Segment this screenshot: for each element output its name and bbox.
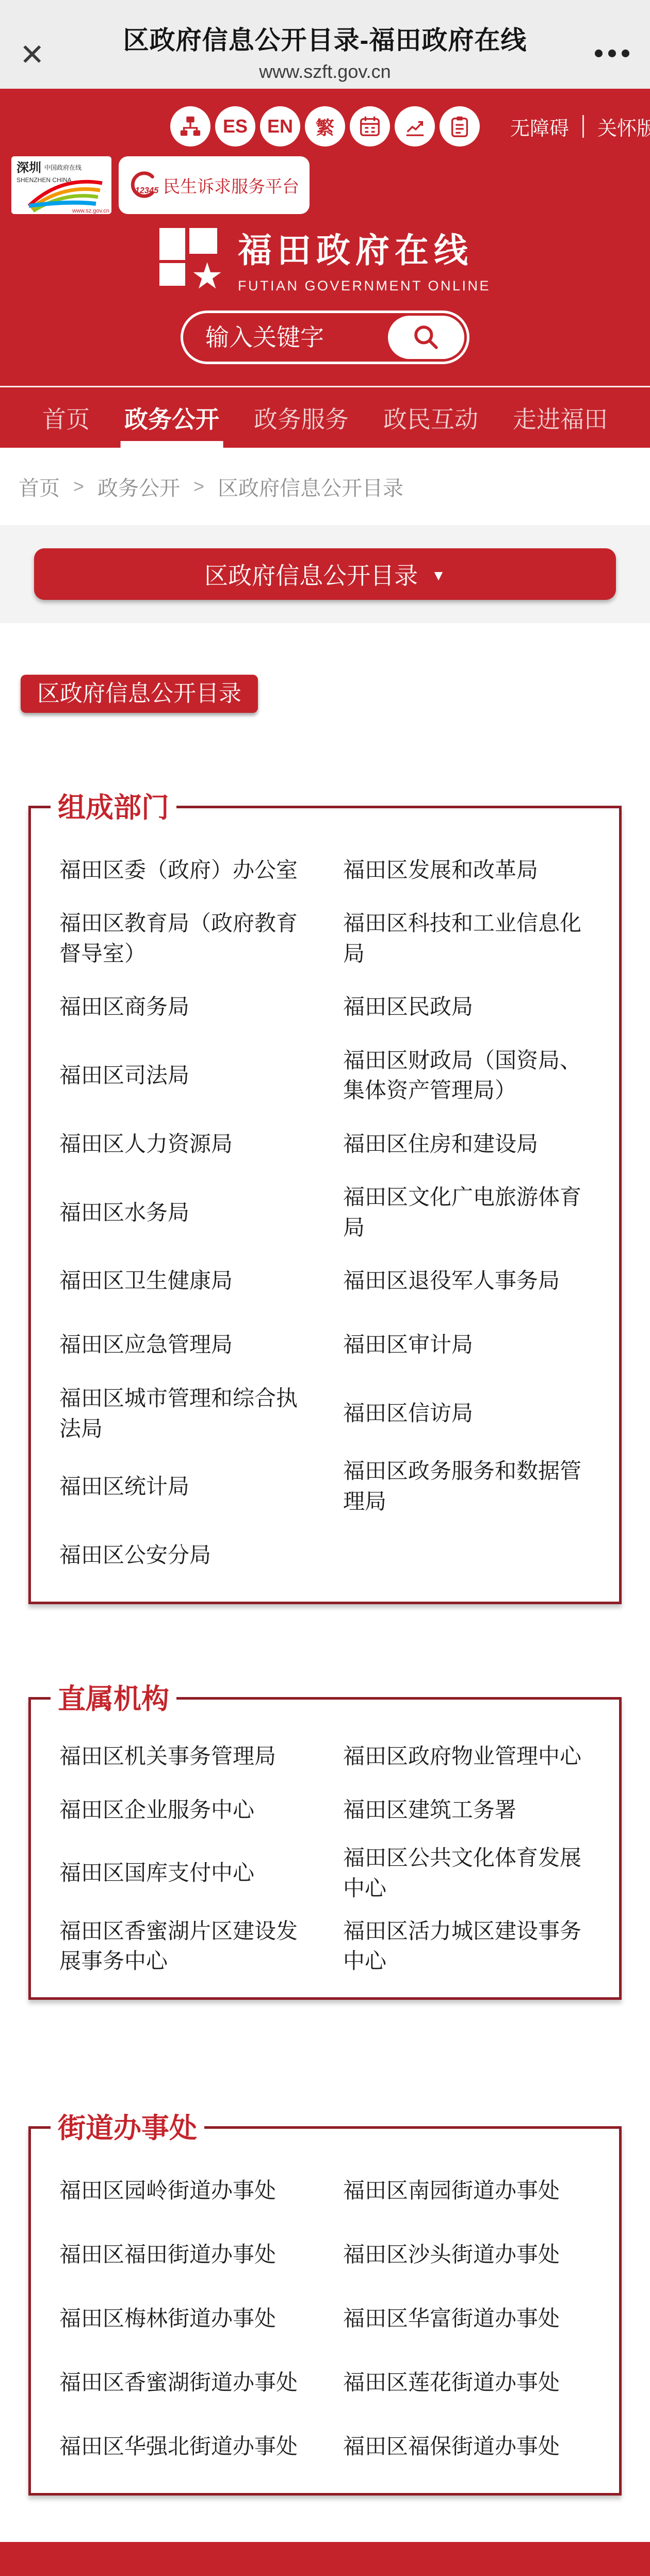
- section: 直属机构 福田区机关事务管理局福田区政府物业管理中心福田区企业服务中心福田区建筑…: [28, 1697, 622, 2000]
- org-link[interactable]: 福田区司法局: [59, 1039, 307, 1113]
- nav-item-gov-services[interactable]: 政务服务: [254, 387, 349, 448]
- org-link[interactable]: 福田区民政局: [343, 975, 591, 1039]
- page-title: 区政府信息公开目录-福田政府在线: [123, 20, 527, 57]
- org-link[interactable]: 福田区教育局（政府教育督导室）: [59, 902, 307, 975]
- section-grid: 福田区委（政府）办公室福田区发展和改革局福田区教育局（政府教育督导室）福田区科技…: [59, 838, 591, 1587]
- svg-text:深圳: 深圳: [17, 161, 41, 175]
- org-link[interactable]: 福田区梅林街道办事处: [59, 2287, 307, 2351]
- nav-item-home[interactable]: 首页: [42, 387, 90, 448]
- sitemap-icon[interactable]: [170, 106, 210, 146]
- org-link[interactable]: 福田区商务局: [59, 975, 307, 1039]
- org-link[interactable]: 福田区园岭街道办事处: [59, 2159, 307, 2223]
- org-link[interactable]: 福田区活力城区建设事务中心: [343, 1910, 591, 1983]
- org-link[interactable]: 福田区审计局: [343, 1313, 591, 1377]
- lang-es-label: ES: [223, 116, 248, 137]
- hotline-label: 民生诉求服务平台: [163, 173, 299, 198]
- site-name-en: FUTIAN GOVERNMENT ONLINE: [238, 278, 491, 294]
- org-link[interactable]: 福田区卫生健康局: [59, 1249, 307, 1313]
- svg-text:中国政府在线: 中国政府在线: [44, 164, 82, 171]
- org-cell-empty: [343, 1523, 591, 1587]
- org-link[interactable]: 福田区沙头街道办事处: [343, 2223, 591, 2287]
- section-title: 组成部门: [51, 788, 176, 828]
- org-link[interactable]: 福田区政务服务和数据管理局: [343, 1450, 591, 1523]
- search-input[interactable]: [186, 323, 388, 351]
- section-box: 直属机构 福田区机关事务管理局福田区政府物业管理中心福田区企业服务中心福田区建筑…: [28, 1697, 622, 2000]
- stats-icon[interactable]: [395, 106, 435, 146]
- footer-bar: [0, 2542, 650, 2576]
- section-grid: 福田区机关事务管理局福田区政府物业管理中心福田区企业服务中心福田区建筑工务署福田…: [59, 1730, 591, 1983]
- divider: [582, 115, 584, 138]
- org-link[interactable]: 福田区统计局: [59, 1450, 307, 1523]
- sitemap-icon-glyph: [178, 115, 202, 138]
- breadcrumb: 首页 > 政务公开 > 区政府信息公开目录: [0, 448, 650, 525]
- org-link[interactable]: 福田区南园街道办事处: [343, 2159, 591, 2223]
- org-link[interactable]: 福田区财政局（国资局、集体资产管理局）: [343, 1039, 591, 1113]
- nav-item-about-futian[interactable]: 走进福田: [513, 387, 608, 448]
- futian-logo-icon: ★: [159, 228, 220, 289]
- org-link[interactable]: 福田区信访局: [343, 1377, 591, 1450]
- org-link[interactable]: 福田区住房和建设局: [343, 1112, 591, 1176]
- breadcrumb-separator: >: [193, 476, 204, 497]
- org-link[interactable]: 福田区委（政府）办公室: [59, 838, 307, 902]
- calendar-icon[interactable]: [350, 106, 390, 146]
- section-box: 街道办事处 福田区园岭街道办事处福田区南园街道办事处福田区福田街道办事处福田区沙…: [28, 2126, 622, 2496]
- search-bar: [181, 311, 469, 364]
- close-icon[interactable]: ✕: [20, 40, 45, 70]
- shenzhen-url: www.sz.gov.cn: [72, 208, 109, 214]
- org-link[interactable]: 福田区华富街道办事处: [343, 2287, 591, 2351]
- breadcrumb-current: 区政府信息公开目录: [218, 472, 403, 501]
- svg-text:12345: 12345: [135, 186, 159, 195]
- quickbar: ES EN 繁 无障碍 关怀版: [0, 89, 650, 154]
- org-link[interactable]: 福田区公安分局: [59, 1523, 307, 1587]
- org-link[interactable]: 福田区福保街道办事处: [343, 2415, 591, 2479]
- org-link[interactable]: 福田区建筑工务署: [343, 1783, 591, 1837]
- section-box: 组成部门 福田区委（政府）办公室福田区发展和改革局福田区教育局（政府教育督导室）…: [28, 806, 622, 1604]
- section: 组成部门 福田区委（政府）办公室福田区发展和改革局福田区教育局（政府教育督导室）…: [28, 806, 622, 1604]
- lang-en-button[interactable]: EN: [260, 106, 300, 146]
- accessibility-links: 无障碍 关怀版: [510, 112, 650, 141]
- nav-item-interaction[interactable]: 政民互动: [383, 387, 478, 448]
- clipboard-icon-glyph: [448, 115, 472, 138]
- org-link[interactable]: 福田区政府物业管理中心: [343, 1730, 591, 1783]
- svg-text:SHENZHEN CHINA: SHENZHEN CHINA: [17, 176, 72, 184]
- section: 街道办事处 福田区园岭街道办事处福田区南园街道办事处福田区福田街道办事处福田区沙…: [28, 2126, 622, 2496]
- org-link[interactable]: 福田区文化广电旅游体育局: [343, 1176, 591, 1249]
- org-link[interactable]: 福田区公共文化体育发展中心: [343, 1837, 591, 1910]
- dropdown-label: 区政府信息公开目录: [204, 557, 418, 591]
- sections: 组成部门 福田区委（政府）办公室福田区发展和改革局福田区教育局（政府教育督导室）…: [0, 806, 650, 2496]
- section-title: 街道办事处: [51, 2108, 204, 2148]
- org-link[interactable]: 福田区机关事务管理局: [59, 1730, 307, 1783]
- care-version-link[interactable]: 关怀版: [597, 112, 650, 141]
- traditional-label: 繁: [316, 113, 334, 140]
- org-link[interactable]: 福田区香蜜湖片区建设发展事务中心: [59, 1910, 307, 1983]
- org-link[interactable]: 福田区发展和改革局: [343, 838, 591, 902]
- shenzhen-gov-logo[interactable]: 深圳 中国政府在线 SHENZHEN CHINA www.sz.gov.cn: [11, 156, 111, 214]
- browser-topbar: ✕ 区政府信息公开目录-福田政府在线 www.szft.gov.cn: [0, 0, 650, 89]
- more-menu-icon[interactable]: [595, 50, 629, 57]
- chevron-down-icon: ▼: [431, 564, 446, 584]
- org-link[interactable]: 福田区华强北街道办事处: [59, 2415, 307, 2479]
- dropdown-panel: 区政府信息公开目录 ▼: [0, 525, 650, 623]
- calendar-icon-glyph: [358, 115, 382, 138]
- site-name: 福田政府在线: [238, 223, 491, 272]
- org-link[interactable]: 福田区城市管理和综合执法局: [59, 1377, 307, 1450]
- main-nav: 首页 政务公开 政务服务 政民互动 走进福田: [0, 386, 650, 448]
- catalog-badge: 区政府信息公开目录: [21, 675, 258, 713]
- search-button[interactable]: [388, 316, 464, 359]
- accessibility-link[interactable]: 无障碍: [510, 112, 569, 141]
- main-content: 区政府信息公开目录 组成部门 福田区委（政府）办公室福田区发展和改革局福田区教育…: [0, 623, 650, 2524]
- org-link[interactable]: 福田区福田街道办事处: [59, 2223, 307, 2287]
- section-grid: 福田区园岭街道办事处福田区南园街道办事处福田区福田街道办事处福田区沙头街道办事处…: [59, 2159, 591, 2479]
- breadcrumb-home[interactable]: 首页: [19, 472, 60, 501]
- org-link[interactable]: 福田区国库支付中心: [59, 1837, 307, 1910]
- traditional-chinese-button[interactable]: 繁: [305, 106, 345, 146]
- section-title: 直属机构: [51, 1679, 176, 1719]
- org-link[interactable]: 福田区退役军人事务局: [343, 1249, 591, 1313]
- search-icon: [412, 323, 441, 352]
- lang-en-label: EN: [267, 116, 293, 137]
- breadcrumb-gov-affairs[interactable]: 政务公开: [98, 472, 180, 501]
- stats-icon-glyph: [403, 115, 427, 138]
- org-link[interactable]: 福田区科技和工业信息化局: [343, 902, 591, 975]
- clipboard-icon[interactable]: [440, 106, 480, 146]
- org-link[interactable]: 福田区莲花街道办事处: [343, 2351, 591, 2415]
- site-banner: ★ 福田政府在线 FUTIAN GOVERNMENT ONLINE: [0, 223, 650, 294]
- nav-item-gov-affairs[interactable]: 政务公开: [124, 387, 219, 448]
- org-link[interactable]: 福田区人力资源局: [59, 1112, 307, 1176]
- org-link[interactable]: 福田区香蜜湖街道办事处: [59, 2351, 307, 2415]
- org-link[interactable]: 福田区企业服务中心: [59, 1783, 307, 1837]
- logo-strip: 深圳 中国政府在线 SHENZHEN CHINA www.sz.gov.cn 1…: [0, 155, 650, 216]
- org-link[interactable]: 福田区水务局: [59, 1176, 307, 1249]
- hotline-12345-logo[interactable]: 12345 民生诉求服务平台: [119, 156, 310, 214]
- org-link[interactable]: 福田区应急管理局: [59, 1313, 307, 1377]
- star-icon: ★: [191, 258, 223, 294]
- breadcrumb-separator: >: [73, 476, 84, 497]
- catalog-dropdown-button[interactable]: 区政府信息公开目录 ▼: [34, 548, 616, 600]
- page-url: www.szft.gov.cn: [123, 61, 527, 83]
- site-header: ES EN 繁 无障碍 关怀版: [0, 89, 650, 448]
- hotline-c-icon: 12345: [129, 170, 159, 200]
- lang-es-button[interactable]: ES: [215, 106, 255, 146]
